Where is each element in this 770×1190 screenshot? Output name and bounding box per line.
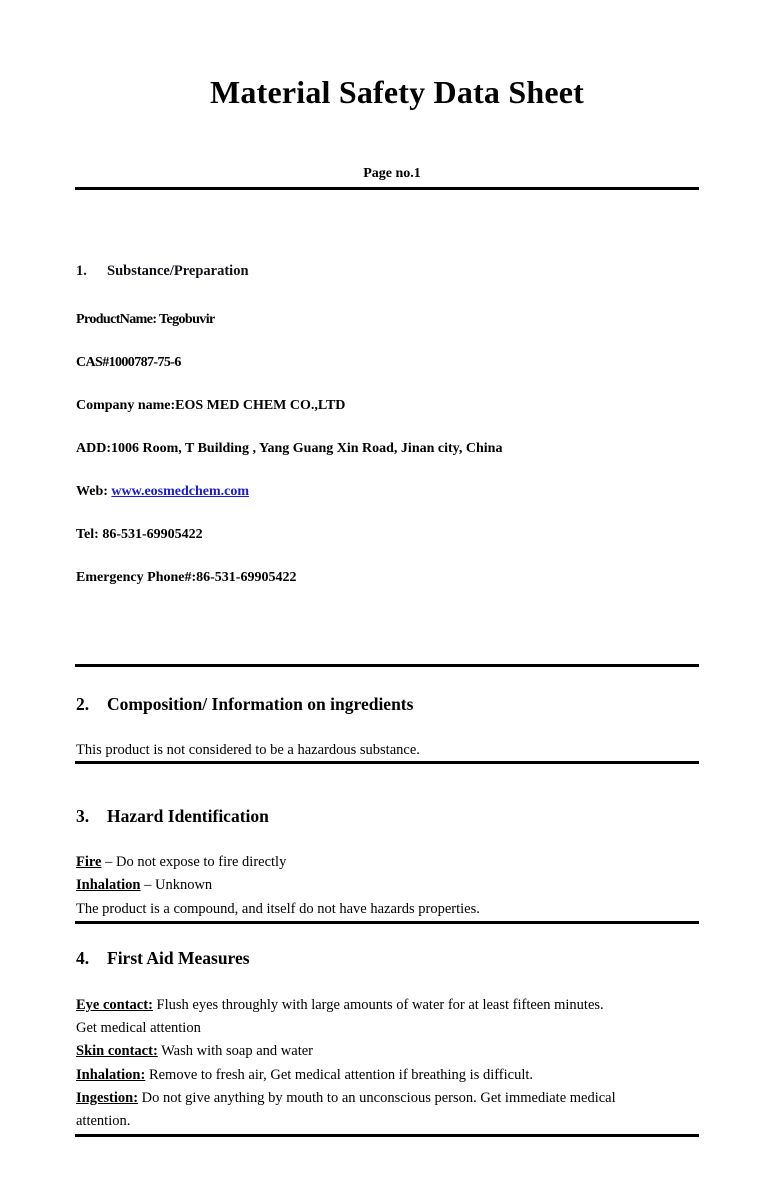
- document-title: Material Safety Data Sheet: [0, 74, 770, 111]
- section-number: 2.: [76, 694, 107, 715]
- company-name: Company name:EOS MED CHEM CO.,LTD: [76, 398, 345, 414]
- first-aid-ingestion: Ingestion: Do not give anything by mouth…: [76, 1090, 616, 1107]
- section-2-heading: 2.Composition/ Information on ingredient…: [76, 694, 413, 715]
- first-aid-skin: Skin contact: Wash with soap and water: [76, 1043, 313, 1060]
- section-1-heading: 1.Substance/Preparation: [76, 263, 249, 280]
- emergency-phone: Emergency Phone#:86-531-69905422: [76, 570, 296, 586]
- fire-label: Fire: [76, 854, 102, 870]
- eye-contact-text: Flush eyes throughly with large amounts …: [153, 997, 604, 1013]
- section-number: 3.: [76, 806, 107, 827]
- company-address: ADD:1006 Room, T Building , Yang Guang X…: [76, 441, 502, 457]
- first-aid-eye-cont: Get medical attention: [76, 1020, 201, 1037]
- website-line: Web: www.eosmedchem.com: [76, 484, 249, 500]
- telephone: Tel: 86-531-69905422: [76, 527, 203, 543]
- page-number: Page no.1: [0, 166, 770, 182]
- website-link[interactable]: www.eosmedchem.com: [111, 484, 249, 499]
- product-name: ProductName: Tegobuvir: [76, 312, 215, 328]
- section-number: 4.: [76, 948, 107, 969]
- section-title: First Aid Measures: [107, 948, 250, 968]
- composition-text: This product is not considered to be a h…: [76, 742, 420, 759]
- hazard-fire: Fire – Do not expose to fire directly: [76, 854, 286, 871]
- section-title: Substance/Preparation: [107, 263, 249, 279]
- inhalation-label: Inhalation:: [76, 1067, 145, 1083]
- hazard-inhalation: Inhalation – Unknown: [76, 877, 212, 894]
- section-title: Composition/ Information on ingredients: [107, 694, 413, 714]
- section-4-heading: 4.First Aid Measures: [76, 948, 250, 969]
- ingestion-label: Ingestion:: [76, 1090, 138, 1106]
- section-title: Hazard Identification: [107, 806, 269, 826]
- first-aid-inhalation: Inhalation: Remove to fresh air, Get med…: [76, 1067, 533, 1084]
- inhalation-text: Remove to fresh air, Get medical attenti…: [145, 1067, 533, 1083]
- hazard-note: The product is a compound, and itself do…: [76, 901, 480, 918]
- web-label: Web:: [76, 484, 111, 499]
- inhalation-label: Inhalation: [76, 877, 140, 893]
- first-aid-ingestion-cont: attention.: [76, 1113, 130, 1130]
- fire-text: – Do not expose to fire directly: [102, 854, 287, 870]
- skin-contact-label: Skin contact:: [76, 1043, 158, 1059]
- cas-number: CAS#1000787-75-6: [76, 355, 181, 371]
- divider: [75, 761, 699, 764]
- section-number: 1.: [76, 263, 107, 280]
- divider: [75, 664, 699, 667]
- first-aid-eye: Eye contact: Flush eyes throughly with l…: [76, 997, 604, 1014]
- divider: [75, 921, 699, 924]
- ingestion-text: Do not give anything by mouth to an unco…: [138, 1090, 616, 1106]
- divider: [75, 187, 699, 190]
- inhalation-text: – Unknown: [140, 877, 212, 893]
- skin-contact-text: Wash with soap and water: [158, 1043, 313, 1059]
- divider: [75, 1134, 699, 1137]
- section-3-heading: 3.Hazard Identification: [76, 806, 269, 827]
- eye-contact-label: Eye contact:: [76, 997, 153, 1013]
